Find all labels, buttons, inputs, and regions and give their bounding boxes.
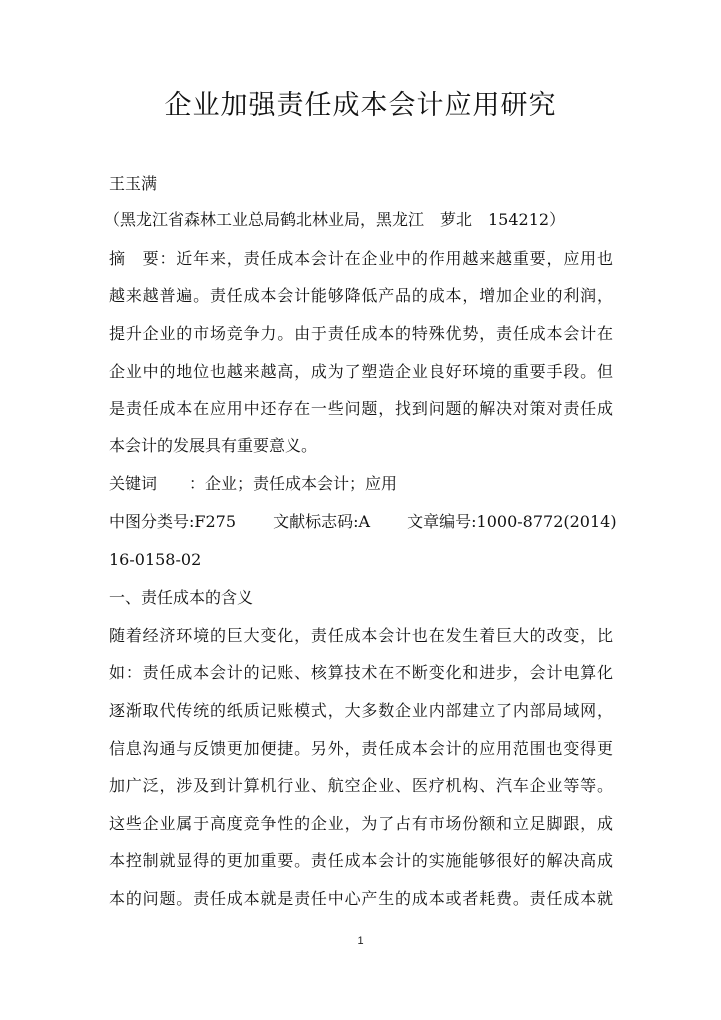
body-line: 这些企业属于高度竞争性的企业，为了占有市场份额和立足脚跟，成 xyxy=(109,812,613,836)
classification-line: 中图分类号:F275 文献标志码:A 文章编号:1000-8772(2014) xyxy=(109,510,613,534)
body-line: 如：责任成本会计的记账、核算技术在不断变化和进步，会计电算化 xyxy=(109,661,613,685)
abstract-line: 摘 要：近年来，责任成本会计在企业中的作用越来越重要，应用也 xyxy=(109,247,613,271)
abstract-line: 本会计的发展具有重要意义。 xyxy=(109,434,613,458)
abstract-line: 企业中的地位也越来越高，成为了塑造企业良好环境的重要手段。但 xyxy=(109,360,613,384)
keywords: 关键词 ：企业；责任成本会计；应用 xyxy=(109,472,613,496)
body-line: 本的问题。责任成本就是责任中心产生的成本或者耗费。责任成本就 xyxy=(109,887,613,911)
abstract-line: 是责任成本在应用中还存在一些问题，找到问题的解决对策对责任成 xyxy=(109,397,613,421)
author: 王玉满 xyxy=(109,172,613,196)
body-line: 随着经济环境的巨大变化，责任成本会计也在发生着巨大的改变，比 xyxy=(109,624,613,648)
page-number: 1 xyxy=(0,935,721,947)
section-heading: 一、责任成本的含义 xyxy=(109,586,613,610)
affiliation: （黑龙江省森林工业总局鹤北林业局，黑龙江 萝北 154212） xyxy=(104,208,608,232)
document-page: 企业加强责任成本会计应用研究 王玉满 （黑龙江省森林工业总局鹤北林业局，黑龙江 … xyxy=(0,0,721,1020)
classification-line: 16-0158-02 xyxy=(109,548,613,572)
body-line: 信息沟通与反馈更加便捷。另外，责任成本会计的应用范围也变得更 xyxy=(109,737,613,761)
body-line: 本控制就显得的更加重要。责任成本会计的实施能够很好的解决高成 xyxy=(109,849,613,873)
abstract-line: 越来越普遍。责任成本会计能够降低产品的成本，增加企业的利润， xyxy=(109,284,613,308)
abstract-line: 提升企业的市场竞争力。由于责任成本的特殊优势，责任成本会计在 xyxy=(109,322,613,346)
body-line: 逐渐取代传统的纸质记账模式，大多数企业内部建立了内部局域网， xyxy=(109,699,613,723)
document-title: 企业加强责任成本会计应用研究 xyxy=(0,86,721,126)
body-line: 加广泛，涉及到计算机行业、航空企业、医疗机构、汽车企业等等。 xyxy=(109,774,613,798)
